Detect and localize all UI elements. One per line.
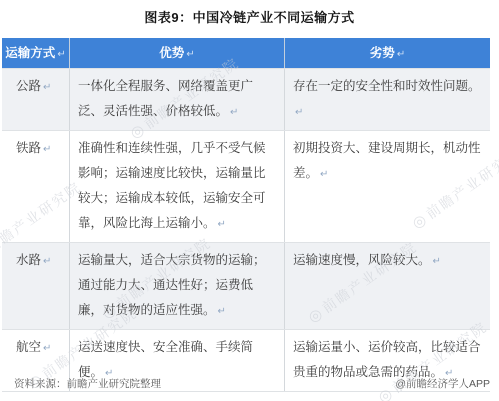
footer: 资料来源：前瞻产业研究院整理 @前瞻经济学人APP [2,376,490,391]
return-mark-icon: ↵ [43,343,51,354]
transport-modes-table: 运输方式↵ 优势↵ 劣势↵ 公路↵ 一体化全程服务、网络覆盖更广泛、灵活性强、价… [2,38,490,392]
header-label: 优势 [159,46,184,60]
source-note: 资料来源：前瞻产业研究院整理 [2,376,161,391]
mode-cell: 水路↵ [2,243,69,329]
return-mark-icon: ↵ [43,82,51,93]
mode-cell: 公路↵ [2,69,69,130]
advantage-cell: 运输量大，适合大宗货物的运输；通过能力大、通达性好；运费低廉，对货物的适应性强。… [69,243,284,329]
return-mark-icon: ↵ [397,49,405,60]
header-label: 劣势 [370,46,395,60]
table-row: 公路↵ 一体化全程服务、网络覆盖更广泛、灵活性强、价格较低。↵ 存在一定的安全性… [2,68,490,130]
disadvantage-cell: 初期投资大、建设周期长，机动性差。↵ [284,131,490,242]
table-header-row: 运输方式↵ 优势↵ 劣势↵ [2,38,490,68]
document-page: 图表9：中国冷链产业不同运输方式 运输方式↵ 优势↵ 劣势↵ 公路↵ 一体化全程… [0,0,499,401]
return-mark-icon: ↵ [186,49,194,60]
advantage-cell: 准确性和连续性强，几乎不受气候影响；运输速度比较快，运输量比较大；运输成本较低，… [69,131,284,242]
return-mark-icon: ↵ [230,107,238,118]
credit-note: @前瞻经济学人APP [395,376,490,391]
mode-label: 公路 [16,79,41,93]
mode-label: 航空 [16,340,41,354]
mode-label: 水路 [16,253,41,267]
return-mark-icon: ↵ [43,256,51,267]
advantage-cell: 一体化全程服务、网络覆盖更广泛、灵活性强、价格较低。↵ [69,69,284,130]
mode-label: 铁路 [16,141,41,155]
table-row: 铁路↵ 准确性和连续性强，几乎不受气候影响；运输速度比较快，运输量比较大；运输成… [2,130,490,242]
table-row: 水路↵ 运输量大，适合大宗货物的运输；通过能力大、通达性好；运费低廉，对货物的适… [2,242,490,329]
advantage-text: 准确性和连续性强，几乎不受气候影响；运输速度比较快，运输量比较大；运输成本较低，… [78,141,266,230]
mode-cell: 铁路↵ [2,131,69,242]
return-mark-icon: ↵ [218,306,226,317]
disadvantage-cell: 存在一定的安全性和时效性问题。↵ [284,69,490,130]
return-mark-icon: ↵ [295,107,303,118]
disadvantage-cell: 运输速度慢，风险较大。↵ [284,243,490,329]
return-mark-icon: ↵ [433,256,441,267]
advantage-text: 一体化全程服务、网络覆盖更广泛、灵活性强、价格较低。 [78,79,253,118]
return-mark-icon: ↵ [43,144,51,155]
header-cell-mode: 运输方式↵ [2,38,69,68]
return-mark-icon: ↵ [57,49,65,60]
header-label: 运输方式 [5,46,55,60]
chart-title: 图表9：中国冷链产业不同运输方式 [0,7,499,26]
disadvantage-text: 运输速度慢，风险较大。 [293,253,431,267]
return-mark-icon: ↵ [218,219,226,230]
header-cell-advantage: 优势↵ [69,38,284,68]
disadvantage-text: 存在一定的安全性和时效性问题。 [293,79,481,93]
header-cell-disadvantage: 劣势↵ [284,38,490,68]
advantage-text: 运输量大，适合大宗货物的运输；通过能力大、通达性好；运费低廉，对货物的适应性强。 [78,253,266,317]
return-mark-icon: ↵ [320,169,328,180]
